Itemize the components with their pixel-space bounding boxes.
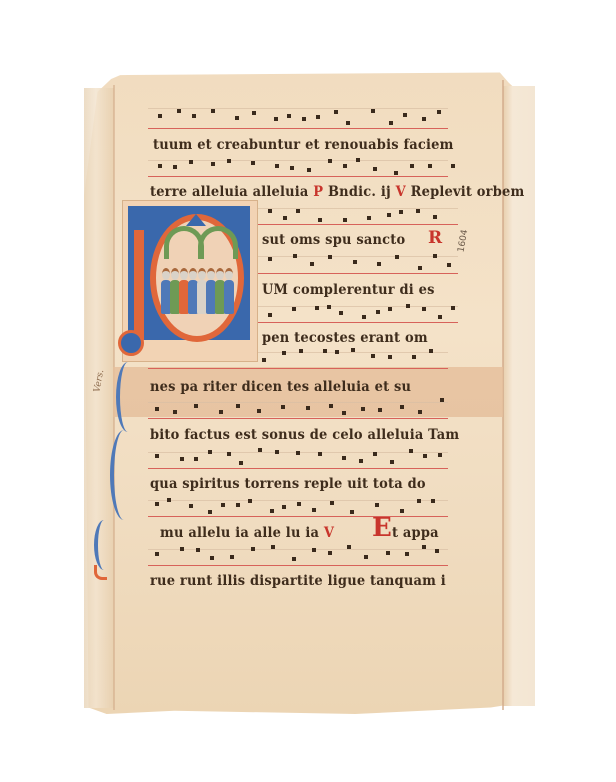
neume [371,109,375,113]
neume [227,159,231,163]
text-line-5: pen tecostes erant om [262,331,428,347]
neume [343,164,347,168]
neume [239,461,243,465]
rubric-v: V [324,526,334,542]
neume [431,499,435,503]
neume [227,452,231,456]
neume [268,209,272,213]
marginal-flourish [94,520,114,570]
ruling-line [258,306,458,307]
neume [451,164,455,168]
neume [359,459,363,463]
neume [297,502,301,506]
neume [221,503,225,507]
neume [257,409,261,413]
neume [378,408,382,412]
staff-line [148,368,448,369]
neume [192,114,196,118]
neume [158,164,162,168]
neume [388,355,392,359]
apostle-robe [224,280,234,314]
neume [373,167,377,171]
text-segment: t appa [392,526,439,542]
neume [230,555,234,559]
neume [429,349,433,353]
staff-line [258,224,458,225]
neume [375,503,379,507]
neume [281,405,285,409]
neume [400,405,404,409]
text-segment: Bndic. ij [328,185,396,201]
neume [422,545,426,549]
neume [389,121,393,125]
text-line-8: qua spiritus torrens reple uit tota do [150,477,426,493]
neume [447,263,451,267]
neume [422,117,426,121]
neume [251,161,255,165]
staff-line [148,176,448,177]
right-fold-margin [503,86,535,706]
neume [274,117,278,121]
neume [416,209,420,213]
neume [329,404,333,408]
neume [437,110,441,114]
ruling-line [148,549,448,550]
ruling-line [148,402,448,403]
neume [339,311,343,315]
neume [287,114,291,118]
neume [422,307,426,311]
neume [236,404,240,408]
neume [361,407,365,411]
neume [343,218,347,222]
neume [418,266,422,270]
neume [405,552,409,556]
staff-line [258,322,458,323]
text-segment: Replevit orbem [411,185,525,201]
neume [312,508,316,512]
ruling-line [258,208,458,209]
neume [330,501,334,505]
marginal-flourish [110,430,138,520]
neume [252,111,256,115]
text-line-9: mu allelu ia alle lu ia V [160,526,334,542]
left-fold-margin [84,88,114,708]
text-line-10: rue runt illis dispartite ligue tanquam … [150,574,446,590]
neume [196,548,200,552]
text-line-4: UM complerentur di es [262,283,435,299]
neume [299,349,303,353]
staff-line [148,468,448,469]
apostle-head [216,268,224,280]
neume [451,306,455,310]
neume [292,307,296,311]
neume [189,504,193,508]
neume [328,551,332,555]
staff-line [148,418,448,419]
neume [388,307,392,311]
neume [307,168,311,172]
neume [177,109,181,113]
neume [292,557,296,561]
neume [268,313,272,317]
neume [318,452,322,456]
neume [268,257,272,261]
neume [342,411,346,415]
neume [158,114,162,118]
neume [403,113,407,117]
neume [440,398,444,402]
ruling-line [148,160,448,161]
neume [395,255,399,259]
neume [155,502,159,506]
text-line-1: tuum et creabuntur et renouabis faciem [153,138,454,154]
neume [418,410,422,414]
neume [435,549,439,553]
neume [377,262,381,266]
apostle-head [162,268,170,280]
neume [194,457,198,461]
neume [371,354,375,358]
neume [347,545,351,549]
neume [271,545,275,549]
neume [353,260,357,264]
neume [173,410,177,414]
neume [173,165,177,169]
ruling-line [258,256,458,257]
neume [342,456,346,460]
neume [438,315,442,319]
text-segment: terre alleluia alleluia [150,185,313,201]
neume [400,509,404,513]
neume [208,510,212,514]
staff-line [258,273,458,274]
neume [417,499,421,503]
neume [406,304,410,308]
neume [356,158,360,162]
neume [180,457,184,461]
neume [394,171,398,175]
neume [346,121,350,125]
neume [376,310,380,314]
neume [251,547,255,551]
staff-line [148,565,448,566]
neume [248,499,252,503]
neume [310,262,314,266]
neume [412,355,416,359]
ruling-line [148,500,448,501]
apostle-head [180,268,188,280]
neume [350,510,354,514]
neume [208,450,212,454]
neume [315,306,319,310]
neume [282,351,286,355]
apostle-head [189,268,197,280]
apostle-head [198,268,206,280]
neume [328,159,332,163]
neume [275,450,279,454]
neume [410,164,414,168]
neume [235,116,239,120]
staff-line [148,128,448,129]
neume [316,115,320,119]
neume [293,254,297,258]
neume [211,162,215,166]
text-line-3: sut oms spu sancto [262,233,405,249]
neume [328,255,332,259]
red-initial-e: E [372,513,392,543]
neume [283,216,287,220]
neume [275,164,279,168]
neume [167,498,171,502]
neume [155,552,159,556]
neume [438,453,442,457]
neume [335,350,339,354]
neume [290,166,294,170]
neume [373,452,377,456]
neume [270,509,274,513]
neume [211,109,215,113]
neume [318,218,322,222]
neume [194,404,198,408]
text-line-6: nes pa riter dicen tes alleluia et su [150,380,411,396]
neume [306,406,310,410]
rubric-response-r: R [428,228,442,248]
neume [296,451,300,455]
neume [312,548,316,552]
neume [362,315,366,319]
neume [386,551,390,555]
text-line-7: bito factus est sonus de celo alleluia T… [150,428,459,444]
initial-letter-stem [134,230,144,340]
neume [390,460,394,464]
neume [180,547,184,551]
neume [433,215,437,219]
initial-foliate-terminal [118,330,144,356]
apostle-head [225,268,233,280]
apostle-head [171,268,179,280]
rubric-p: P [313,185,328,201]
rubric-v: V [396,185,411,201]
neume [236,503,240,507]
neume [219,410,223,414]
marginal-flourish-red [94,565,107,580]
neume [433,254,437,258]
marginal-flourish [116,362,140,432]
neume [323,349,327,353]
neume [189,160,193,164]
neume [351,348,355,352]
neume [258,448,262,452]
neume [210,556,214,560]
neume [262,358,266,362]
neume [423,454,427,458]
apostle-head [207,268,215,280]
neume [282,505,286,509]
neume [155,407,159,411]
neume [302,117,306,121]
neume [409,449,413,453]
staff-line [148,516,448,517]
neume [296,209,300,213]
neume [428,164,432,168]
neume [334,110,338,114]
neume [399,210,403,214]
neume [367,216,371,220]
neume [155,454,159,458]
text-segment: mu allelu ia alle lu ia [160,526,324,542]
neume [387,213,391,217]
text-line-2: terre alleluia alleluia P Bndic. ij V Re… [150,185,524,201]
canopy-arch-right [198,226,238,259]
ruling-line [148,108,448,109]
neume [327,305,331,309]
neume [364,555,368,559]
